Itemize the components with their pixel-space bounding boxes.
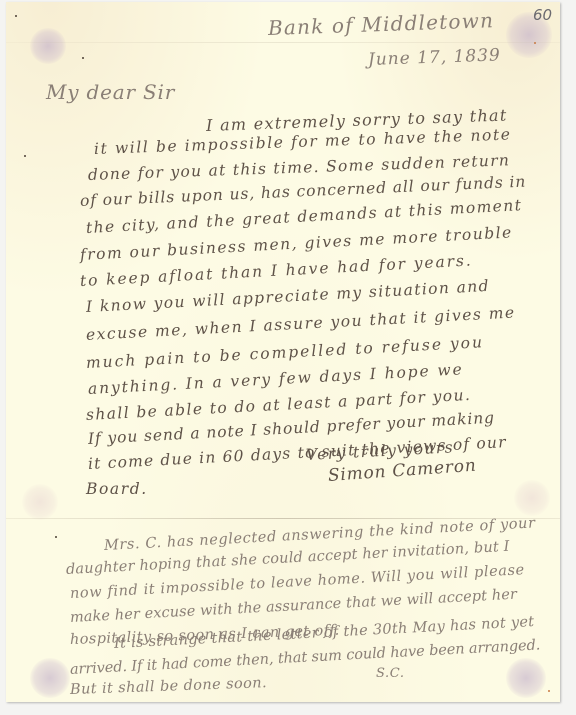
ink-speck <box>15 15 17 17</box>
heading-place: Bank of Middletown <box>268 8 495 40</box>
body-line: Board. <box>86 480 148 498</box>
wax-seal-mark <box>22 484 58 520</box>
postscript-initials: S.C. <box>376 666 405 681</box>
wax-seal-mark <box>30 28 66 64</box>
ink-speck <box>24 155 26 157</box>
fold-line <box>6 42 560 43</box>
postscript-line: But it shall be done soon. <box>70 675 268 698</box>
wax-seal-mark <box>506 658 546 698</box>
ink-speck <box>55 536 57 538</box>
archive-page-number: 60 <box>533 6 552 24</box>
wax-seal-mark <box>514 480 550 516</box>
ink-speck <box>82 57 84 59</box>
ink-speck <box>534 42 536 44</box>
heading-date: June 17, 1839 <box>368 45 502 70</box>
ink-speck <box>548 690 550 692</box>
salutation: My dear Sir <box>46 80 175 104</box>
wax-seal-mark <box>30 658 70 698</box>
letter-page: 60 Bank of Middletown June 17, 1839 My d… <box>6 2 560 702</box>
